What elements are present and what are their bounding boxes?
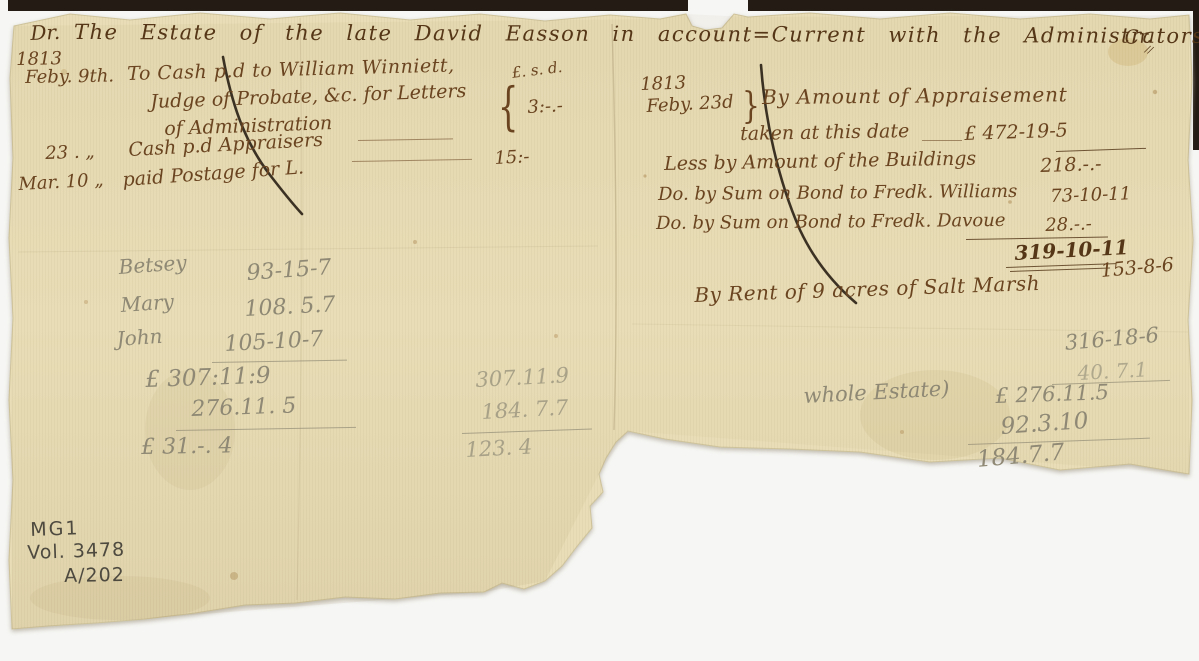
archive-volume: Vol. 3478: [27, 541, 125, 563]
credit-row-amount: 28.-.-: [1045, 215, 1092, 235]
heir-amount: 93-15-7: [246, 257, 332, 285]
foxing-spot: [413, 240, 417, 244]
pencil-figure: 40. 7.1: [1077, 359, 1148, 383]
credit-row-amount: 73-10-11: [1050, 185, 1131, 206]
heir-name: Betsey: [118, 252, 187, 277]
grouping-brace: {: [498, 76, 518, 137]
pencil-figure: 307.11.9: [475, 365, 569, 391]
ink-rule: [922, 140, 962, 141]
heir-amount: 108. 5.7: [244, 294, 336, 321]
foxing-spot: [554, 334, 558, 338]
credit-row-text: Less by Amount of the Buildings: [664, 150, 976, 174]
credit-row-text: Do. by Sum on Bond to Fredk. Williams: [658, 183, 1017, 204]
pencil-figure: 123. 4: [465, 437, 533, 461]
credit-row-text: By Amount of Appraisement: [762, 84, 1068, 107]
foxing-spot: [84, 300, 88, 304]
debit-row-date: Mar. 10 „: [18, 172, 104, 194]
foxing-spot: [230, 572, 238, 580]
archive-item: A/202: [64, 566, 125, 586]
debit-side-label: Dr.: [30, 22, 60, 43]
grouping-brace: }: [742, 84, 760, 127]
heir-amount: 105-10-7: [224, 329, 324, 356]
heir-name: John: [116, 326, 163, 349]
heir-name: Mary: [120, 291, 175, 315]
credit-row-text: Do. by Sum on Bond to Fredk. Davoue: [656, 212, 1006, 233]
foxing-spot: [900, 430, 904, 434]
debit-row-amount: 15:-: [494, 148, 530, 168]
pencil-remainder: £ 31.-. 4: [141, 435, 233, 459]
credit-date: Feby. 23d: [646, 93, 734, 116]
scanned-document: Dr. The Estate of the late David Easson …: [0, 0, 1199, 661]
credit-row-amount: 218.-.-: [1040, 155, 1102, 176]
credit-row-text: taken at this date: [740, 122, 909, 144]
foxing-spot: [1153, 90, 1157, 94]
pencil-deduction: 276.11. 5: [191, 395, 297, 421]
pencil-figure: £ 276.11.5: [995, 382, 1109, 407]
pencil-figure: 92.3.10: [1000, 410, 1089, 439]
estate-title: The Estate of the late David Easson in a…: [74, 22, 1199, 47]
credit-year: 1813: [640, 74, 686, 94]
pencil-total: £ 307:11:9: [145, 365, 271, 392]
archive-fonds: MG1: [30, 519, 80, 540]
debit-row-date: Feby. 9th.: [25, 67, 114, 87]
debit-row-amount: 3:-.-: [527, 97, 563, 117]
credit-row-amount: £ 472-19-5: [964, 121, 1068, 144]
foxing-spot: [643, 174, 646, 177]
debit-row-date: 23 . „: [45, 143, 95, 163]
pencil-figure: 184. 7.7: [481, 397, 569, 423]
